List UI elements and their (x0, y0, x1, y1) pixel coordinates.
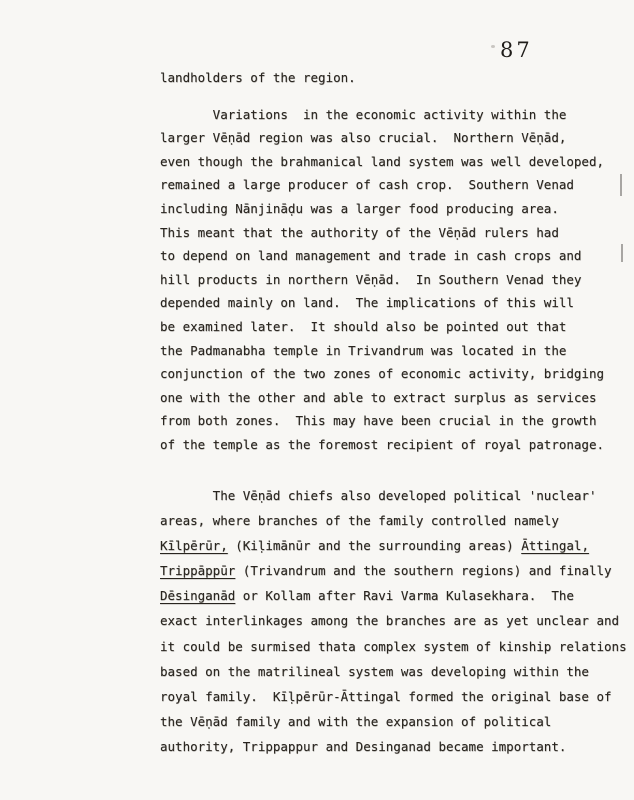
text-line: landholders of the region. (160, 66, 627, 90)
text-segment: Variations in the economic activity with… (160, 107, 566, 122)
paragraph: landholders of the region. (160, 66, 627, 90)
text-segment: based on the matrilineal system was deve… (160, 664, 589, 679)
text-line: The Vēṇād chiefs also developed politica… (160, 483, 627, 508)
text-segment: remained a large producer of cash crop. … (160, 177, 574, 192)
text-line: conjunction of the two zones of economic… (160, 362, 627, 386)
text-line: from both zones. This may have been cruc… (160, 409, 627, 433)
text-segment: landholders of the region. (160, 70, 356, 85)
text-line: Trippāppūr (Trivandrum and the southern … (160, 558, 627, 583)
text-segment: This meant that the authority of the Vēṇ… (160, 225, 559, 240)
text-segment: even though the brahmanical land system … (160, 154, 604, 169)
text-line: Dēsinganād or Kollam after Ravi Varma Ku… (160, 583, 627, 608)
text-segment: areas, where branches of the family cont… (160, 513, 559, 528)
text-segment: The Vēṇād chiefs also developed politica… (160, 488, 597, 503)
underlined-place-name: Āttingal, (521, 538, 589, 553)
text-line: larger Vēṇād region was also crucial. No… (160, 126, 627, 150)
scan-smudge (491, 45, 495, 48)
text-segment: (Trivandrum and the southern regions) an… (235, 563, 611, 578)
text-segment: hill products in northern Vēṇād. In Sout… (160, 272, 581, 287)
text-line: it could be surmised thata complex syste… (160, 634, 627, 659)
text-segment: (Kiḷimānūr and the surrounding areas) (228, 538, 522, 553)
text-line: Kīlpērūr, (Kiḷimānūr and the surrounding… (160, 533, 627, 558)
text-line: including Nānjināḍu was a larger food pr… (160, 197, 627, 221)
text-segment: it could be surmised thata complex syste… (160, 639, 627, 654)
text-segment: or Kollam after Ravi Varma Kulasekhara. … (235, 588, 574, 603)
text-line: authority, Trippappur and Desinganad bec… (160, 734, 627, 759)
text-segment: of the temple as the foremost recipient … (160, 437, 604, 452)
text-line: royal family. Kīḷpērūr-Āttingal formed t… (160, 684, 627, 709)
text-line: to depend on land management and trade i… (160, 244, 627, 268)
text-line: based on the matrilineal system was deve… (160, 659, 627, 684)
underlined-place-name: Dēsinganād (160, 588, 235, 603)
document-page: 87 landholders of the region. Variations… (0, 0, 634, 800)
text-segment: royal family. Kīḷpērūr-Āttingal formed t… (160, 689, 612, 704)
text-line: Variations in the economic activity with… (160, 103, 627, 127)
text-segment: to depend on land management and trade i… (160, 248, 581, 263)
text-segment: larger Vēṇād region was also crucial. No… (160, 130, 566, 145)
scan-artifact (620, 174, 622, 196)
paragraph: The Vēṇād chiefs also developed politica… (160, 483, 627, 760)
underlined-place-name: Kīlpērūr, (160, 538, 228, 553)
text-segment: including Nānjināḍu was a larger food pr… (160, 201, 559, 216)
scan-artifact (621, 244, 623, 262)
text-line: the Vēṇād family and with the expansion … (160, 709, 627, 734)
text-segment: one with the other and able to extract s… (160, 390, 597, 405)
text-segment: from both zones. This may have been cruc… (160, 413, 597, 428)
text-line: areas, where branches of the family cont… (160, 508, 627, 533)
text-line: even though the brahmanical land system … (160, 150, 627, 174)
text-segment: authority, Trippappur and Desinganad bec… (160, 739, 566, 754)
page-number: 87 (500, 38, 533, 62)
text-line: the Padmanabha temple in Trivandrum was … (160, 339, 627, 363)
text-segment: exact interlinkages among the branches a… (160, 613, 619, 628)
text-segment: the Vēṇād family and with the expansion … (160, 714, 551, 729)
text-line: one with the other and able to extract s… (160, 386, 627, 410)
text-segment: the Padmanabha temple in Trivandrum was … (160, 343, 566, 358)
text-segment: depended mainly on land. The implication… (160, 295, 574, 310)
text-line: remained a large producer of cash crop. … (160, 173, 627, 197)
text-line: depended mainly on land. The implication… (160, 291, 627, 315)
text-segment: conjunction of the two zones of economic… (160, 366, 604, 381)
paragraph: Variations in the economic activity with… (160, 103, 627, 457)
text-line: This meant that the authority of the Vēṇ… (160, 221, 627, 245)
text-line: exact interlinkages among the branches a… (160, 608, 627, 633)
text-segment: be examined later. It should also be poi… (160, 319, 566, 334)
text-line: be examined later. It should also be poi… (160, 315, 627, 339)
text-line: hill products in northern Vēṇād. In Sout… (160, 268, 627, 292)
document-text: landholders of the region. Variations in… (160, 66, 627, 760)
underlined-place-name: Trippāppūr (160, 563, 235, 578)
text-line: of the temple as the foremost recipient … (160, 433, 627, 457)
